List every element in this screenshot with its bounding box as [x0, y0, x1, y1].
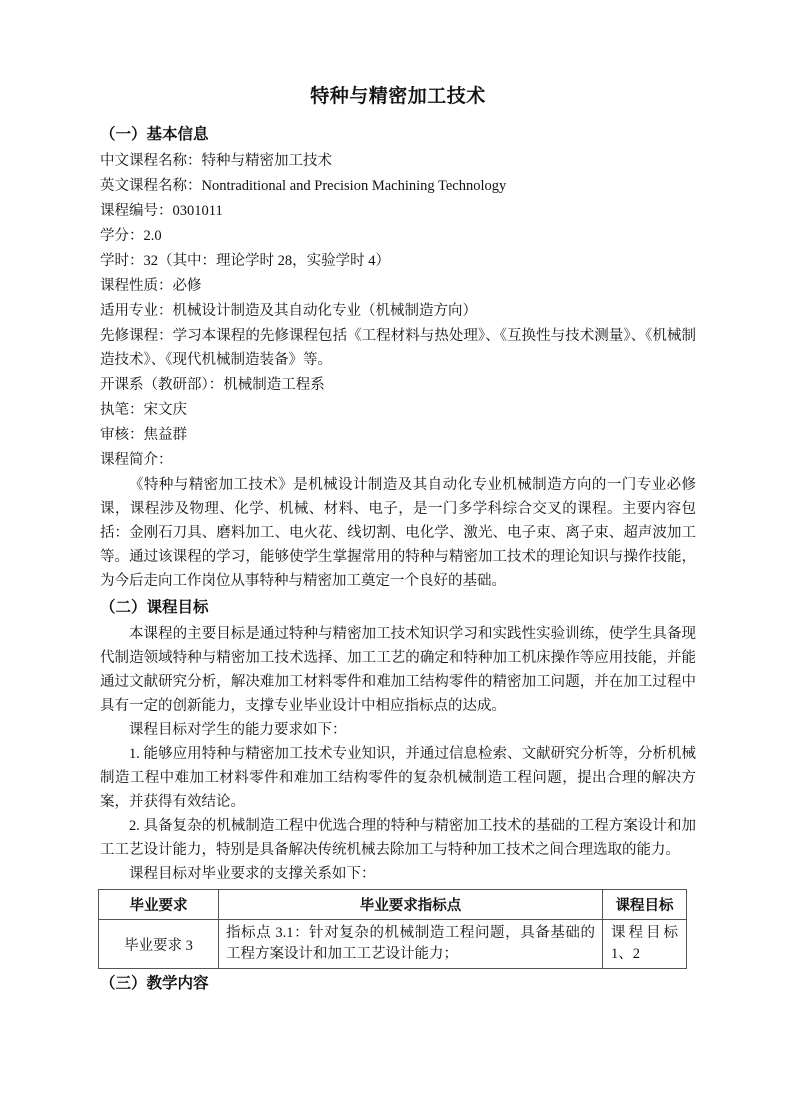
info-line-intro-label: 课程简介：	[100, 448, 696, 472]
section-heading-teaching-content: （三）教学内容	[100, 972, 696, 995]
goal-item-1: 1. 能够应用特种与精密加工技术专业知识，并通过信息检索、文献研究分析等，分析机…	[100, 742, 696, 814]
section-heading-course-goals: （二）课程目标	[100, 596, 696, 619]
info-line-credits: 学分：2.0	[100, 224, 696, 248]
info-line-major: 适用专业：机械设计制造及其自动化专业（机械制造方向）	[100, 299, 696, 323]
info-line-course-code: 课程编号：0301011	[100, 199, 696, 223]
info-line-prerequisites: 先修课程：学习本课程的先修课程包括《工程材料与热处理》、《互换性与技术测量》、《…	[100, 324, 696, 372]
info-line-chinese-name: 中文课程名称：特种与精密加工技术	[100, 149, 696, 173]
table-cell-indicator: 指标点 3.1：针对复杂的机械制造工程问题，具备基础的工程方案设计和加工工艺设计…	[219, 920, 603, 969]
table-row: 毕业要求 3 指标点 3.1：针对复杂的机械制造工程问题，具备基础的工程方案设计…	[99, 920, 687, 969]
support-table-header-row: 毕业要求 毕业要求指标点 课程目标	[99, 890, 687, 920]
info-line-english-name: 英文课程名称：Nontraditional and Precision Mach…	[100, 174, 696, 198]
table-header-graduation-requirement: 毕业要求	[99, 890, 219, 920]
page-title: 特种与精密加工技术	[100, 84, 696, 110]
course-intro-paragraph: 《特种与精密加工技术》是机械设计制造及其自动化专业机械制造方向的一门专业必修课，…	[100, 473, 696, 593]
ability-intro-line: 课程目标对学生的能力要求如下：	[100, 718, 696, 742]
table-cell-requirement: 毕业要求 3	[99, 920, 219, 969]
document-page: 特种与精密加工技术 （一）基本信息 中文课程名称：特种与精密加工技术 英文课程名…	[0, 0, 794, 1108]
info-line-reviewer: 审核：焦益群	[100, 423, 696, 447]
section-heading-basic-info: （一）基本信息	[100, 123, 696, 146]
table-header-course-goal: 课程目标	[603, 890, 687, 920]
table-header-indicator-point: 毕业要求指标点	[219, 890, 603, 920]
info-line-course-nature: 课程性质：必修	[100, 274, 696, 298]
info-line-author: 执笔：宋文庆	[100, 398, 696, 422]
goal-item-2: 2. 具备复杂的机械制造工程中优选合理的特种与精密加工技术的基础的工程方案设计和…	[100, 814, 696, 862]
table-cell-course-goals: 课程目标 1、2	[603, 920, 687, 969]
support-intro-line: 课程目标对毕业要求的支撑关系如下：	[100, 862, 696, 886]
support-table: 毕业要求 毕业要求指标点 课程目标 毕业要求 3 指标点 3.1：针对复杂的机械…	[98, 889, 687, 969]
info-line-department: 开课系（教研部）：机械制造工程系	[100, 373, 696, 397]
goals-paragraph: 本课程的主要目标是通过特种与精密加工技术知识学习和实践性实验训练，使学生具备现代…	[100, 622, 696, 718]
info-line-hours: 学时：32（其中：理论学时 28，实验学时 4）	[100, 249, 696, 273]
